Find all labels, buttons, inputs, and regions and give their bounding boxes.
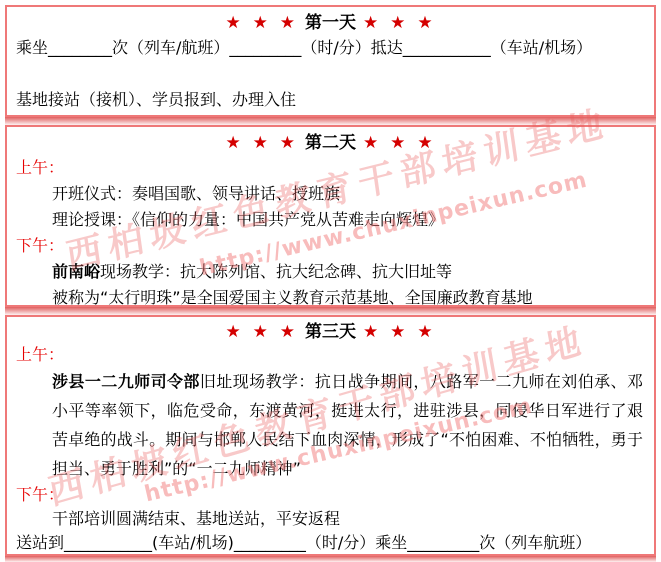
stars-right-icon: ★ ★ ★ [363,13,436,33]
day3-section: ★ ★ ★第三天★ ★ ★ 上午： 涉县一二九师司令部旧址现场教学：抗日战争期间… [5,315,656,556]
day1-arrival-line: 基地接站（接机）、学员报到、办理入住 [16,87,645,113]
stars-left-icon: ★ ★ ★ [225,13,298,33]
site-activity-text: 现场教学：抗大陈列馆、抗大纪念碑、抗大旧址等 [100,262,452,281]
day3-am-paragraph: 涉县一二九师司令部旧址现场教学：抗日战争期间，八路军一二九师在刘伯承、邓小平等率… [16,367,645,483]
day2-header: ★ ★ ★第二天★ ★ ★ [16,131,645,155]
stars-left-icon: ★ ★ ★ [225,133,298,153]
day3-pm-label: 下午： [16,483,645,507]
stars-right-icon: ★ ★ ★ [363,133,436,153]
day2-pm-activity-1: 前南峪现场教学：抗大陈列馆、抗大纪念碑、抗大旧址等 [16,259,645,285]
day1-travel-blank-line: 乘坐________次（列车/航班）_________（时/分）抵达______… [16,35,645,61]
day2-pm-label: 下午： [16,233,645,259]
box-shadow-divider [5,117,656,125]
site-name-bold: 涉县一二九师司令部 [52,372,200,391]
day2-section: ★ ★ ★第二天★ ★ ★ 上午： 开班仪式：奏唱国歌、领导讲话、授班旗 理论授… [5,125,656,307]
day2-am-label: 上午： [16,155,645,181]
stars-left-icon: ★ ★ ★ [225,322,298,342]
day2-am-activity-1: 开班仪式：奏唱国歌、领导讲话、授班旗 [16,181,645,207]
day1-header: ★ ★ ★第一天★ ★ ★ [16,11,645,35]
day3-departure-blank-line: 送站到___________(车站/机场)_________（时/分）乘坐___… [16,531,645,555]
day1-title: 第一天 [298,13,363,33]
day3-title: 第三天 [298,322,363,342]
day3-am-label: 上午： [16,343,645,367]
site-name-bold: 前南峪 [52,262,100,281]
day2-pm-activity-2: 被称为“太行明珠”是全国爱国主义教育示范基地、全国廉政教育基地 [16,285,645,307]
day1-section: ★ ★ ★第一天★ ★ ★ 乘坐________次（列车/航班）________… [5,5,656,117]
day3-header: ★ ★ ★第三天★ ★ ★ [16,321,645,343]
stars-right-icon: ★ ★ ★ [363,322,436,342]
box-shadow-divider [5,556,656,562]
training-schedule-document: ★ ★ ★第一天★ ★ ★ 乘坐________次（列车/航班）________… [0,0,661,562]
day3-pm-activity-1: 干部培训圆满结束、基地送站，平安返程 [16,507,645,531]
day2-title: 第二天 [298,133,363,153]
day2-am-activity-2: 理论授课：《信仰的力量：中国共产党从苦难走向辉煌》 [16,207,645,233]
box-shadow-divider [5,307,656,315]
